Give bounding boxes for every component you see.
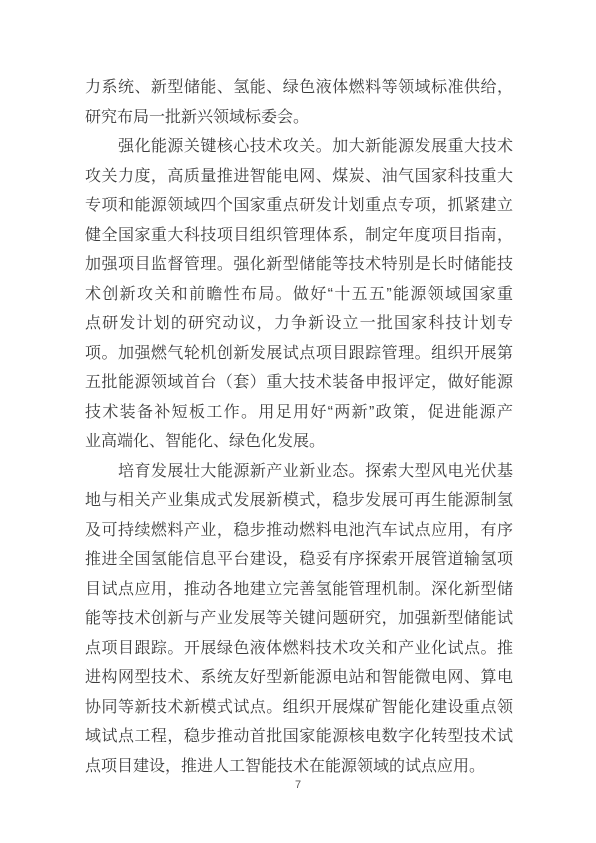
body-text: 力系统、新型储能、氢能、绿色液体燃料等领域标准供给， 研究布局一批新兴领域标委会… <box>85 73 513 781</box>
text-line: 点项目建设，推进人工智能技术在能源领域的试点应用。 <box>85 752 513 782</box>
text-line: 业高端化、智能化、绿色化发展。 <box>85 427 513 457</box>
text-line: 专项和能源领域四个国家重点研发计划重点专项，抓紧建立 <box>85 191 513 221</box>
text-line: 攻关力度，高质量推进智能电网、煤炭、油气国家科技重大 <box>85 162 513 192</box>
document-page: 力系统、新型储能、氢能、绿色液体燃料等领域标准供给， 研究布局一批新兴领域标委会… <box>0 0 596 843</box>
text-line: 点研发计划的研究动议，力争新设立一批国家科技计划专 <box>85 309 513 339</box>
text-line: 研究布局一批新兴领域标委会。 <box>85 103 513 133</box>
text-line: 技术装备补短板工作。用足用好“两新”政策，促进能源产 <box>85 398 513 428</box>
text-line: 术创新攻关和前瞻性布局。做好“十五五”能源领域国家重 <box>85 280 513 310</box>
text-line: 力系统、新型储能、氢能、绿色液体燃料等领域标准供给， <box>85 73 513 103</box>
text-line: 五批能源领域首台（套）重大技术装备申报评定，做好能源 <box>85 368 513 398</box>
text-line: 域试点工程，稳步推动首批国家能源核电数字化转型技术试 <box>85 722 513 752</box>
text-line: 地与相关产业集成式发展新模式，稳步发展可再生能源制氢 <box>85 486 513 516</box>
text-line: 健全国家重大科技项目组织管理体系，制定年度项目指南， <box>85 221 513 251</box>
text-line: 及可持续燃料产业，稳步推动燃料电池汽车试点应用，有序 <box>85 516 513 546</box>
text-line: 强化能源关键核心技术攻关。加大新能源发展重大技术 <box>85 132 513 162</box>
text-line: 进构网型技术、系统友好型新能源电站和智能微电网、算电 <box>85 663 513 693</box>
text-line: 项。加强燃气轮机创新发展试点项目跟踪管理。组织开展第 <box>85 339 513 369</box>
text-line: 推进全国氢能信息平台建设，稳妥有序探索开展管道输氢项 <box>85 545 513 575</box>
text-line: 目试点应用，推动各地建立完善氢能管理机制。深化新型储 <box>85 575 513 605</box>
text-line: 协同等新技术新模式试点。组织开展煤矿智能化建设重点领 <box>85 693 513 723</box>
page-number: 7 <box>0 779 596 791</box>
text-line: 能等技术创新与产业发展等关键问题研究，加强新型储能试 <box>85 604 513 634</box>
text-line: 加强项目监督管理。强化新型储能等技术特别是长时储能技 <box>85 250 513 280</box>
text-line: 培育发展壮大能源新产业新业态。探索大型风电光伏基 <box>85 457 513 487</box>
text-line: 点项目跟踪。开展绿色液体燃料技术攻关和产业化试点。推 <box>85 634 513 664</box>
